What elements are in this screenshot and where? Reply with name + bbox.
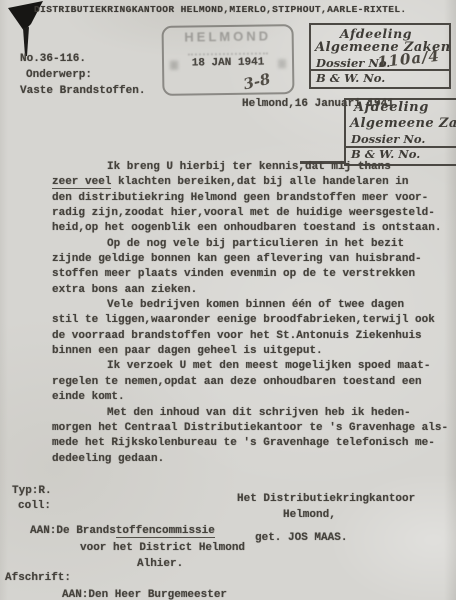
subject-value: Vaste Brandstoffen. <box>20 84 145 99</box>
dateline: Helmond,16 Januari 1941 <box>242 97 394 112</box>
scanned-letter-page: DISTRIBUTIEKRINGKANTOOR HELMOND,MIERLO,S… <box>0 0 456 600</box>
copy-label: Afschrift: <box>5 571 71 586</box>
bw-number-label-overlap: B & W. No. <box>351 147 420 161</box>
stamp-city-text: HELMOND <box>164 28 292 45</box>
department-box: Afdeeling Algemeene Zaken Dossier No. 11… <box>309 23 451 89</box>
body-line: den distributiekring Helmond geen brands… <box>52 191 448 206</box>
subject-label: Onderwerp: <box>26 68 92 83</box>
body-line: morgen het Centraal Distributiekantoor t… <box>52 421 448 436</box>
stamp-date: 18 JAN 1941 <box>164 56 292 70</box>
stamp-smudge-line <box>188 47 268 55</box>
body-line: stil te liggen,waaronder eenige broodfab… <box>52 313 448 328</box>
body-line: de voorraad brandstoffen voor het St.Ant… <box>52 329 448 344</box>
body-line: radig zijn,zoodat hier,vooral met de hui… <box>52 206 448 221</box>
dossier-row: 110a/4 <box>311 56 449 70</box>
addressee-line1-pre: AAN:De Brands <box>30 525 116 537</box>
received-stamp: HELMOND 18 JAN 1941 3-8 <box>162 24 295 96</box>
department-name-overlap: Algemeene Zaken <box>350 116 456 131</box>
letterhead-title: DISTRIBUTIEKRINGKANTOOR HELMOND,MIERLO,S… <box>34 4 407 15</box>
body-line: Ik verzoek U met den meest mogelijken sp… <box>52 359 448 374</box>
body-line: binnen een paar dagen geheel is uitgeput… <box>52 344 448 359</box>
dossier-label-overlap: Dossier No. <box>351 132 425 146</box>
body-line: dedeeling gedaan. <box>52 452 448 467</box>
department-label: Afdeeling <box>311 26 441 41</box>
typist-initials: Typ:R. <box>12 484 52 499</box>
body-line: Vele bedrijven komen binnen één of twee … <box>52 298 448 313</box>
signature-name: get. JOS MAAS. <box>255 531 347 546</box>
signing-organisation: Het Distributiekringkantoor <box>237 492 415 507</box>
body-line: Met den inhoud van dit schrijven heb ik … <box>52 406 448 421</box>
reference-number: No.36-116. <box>20 52 86 67</box>
addressee-line1: AAN:De Brandstoffencommissie <box>30 524 215 539</box>
letter-body: Ik breng U hierbij ter kennis,dat mij th… <box>52 160 448 467</box>
body-line: stoffen meer plaats vinden evenmin op de… <box>52 267 448 282</box>
body-line: zijnde geldige bonnen kan geen afleverin… <box>52 252 448 267</box>
body-line: einde komt. <box>52 390 448 405</box>
body-line: mede het Rijkskolenbureau te 's Gravenha… <box>52 436 448 451</box>
stamp-handwritten-note: 3-8 <box>242 70 272 94</box>
copy-addressee: AAN:Den Heer Burgemeester <box>62 588 227 600</box>
bw-number-label: B & W. No. <box>316 71 385 85</box>
body-line: zeer veel klachten bereiken,dat bij alle… <box>52 175 448 190</box>
body-line: Op de nog vele bij particulieren in het … <box>52 237 448 252</box>
addressee-line3: Alhier. <box>137 557 183 572</box>
body-line: regelen te nemen,opdat aan deze onhoudba… <box>52 375 448 390</box>
addressee-line1-underlined: toffencommissie <box>116 525 215 538</box>
signing-place: Helmond, <box>283 508 336 523</box>
body-line: heid,op het oogenblik een onhoudbaren to… <box>52 221 448 236</box>
body-line: Ik breng U hierbij ter kennis,dat mij th… <box>52 160 448 175</box>
body-line: extra bons aan zieken. <box>52 283 448 298</box>
underlined-text: zeer veel <box>52 176 111 189</box>
addressee-line2: voor het District Helmond <box>80 541 245 556</box>
collation-label: coll: <box>18 499 51 514</box>
